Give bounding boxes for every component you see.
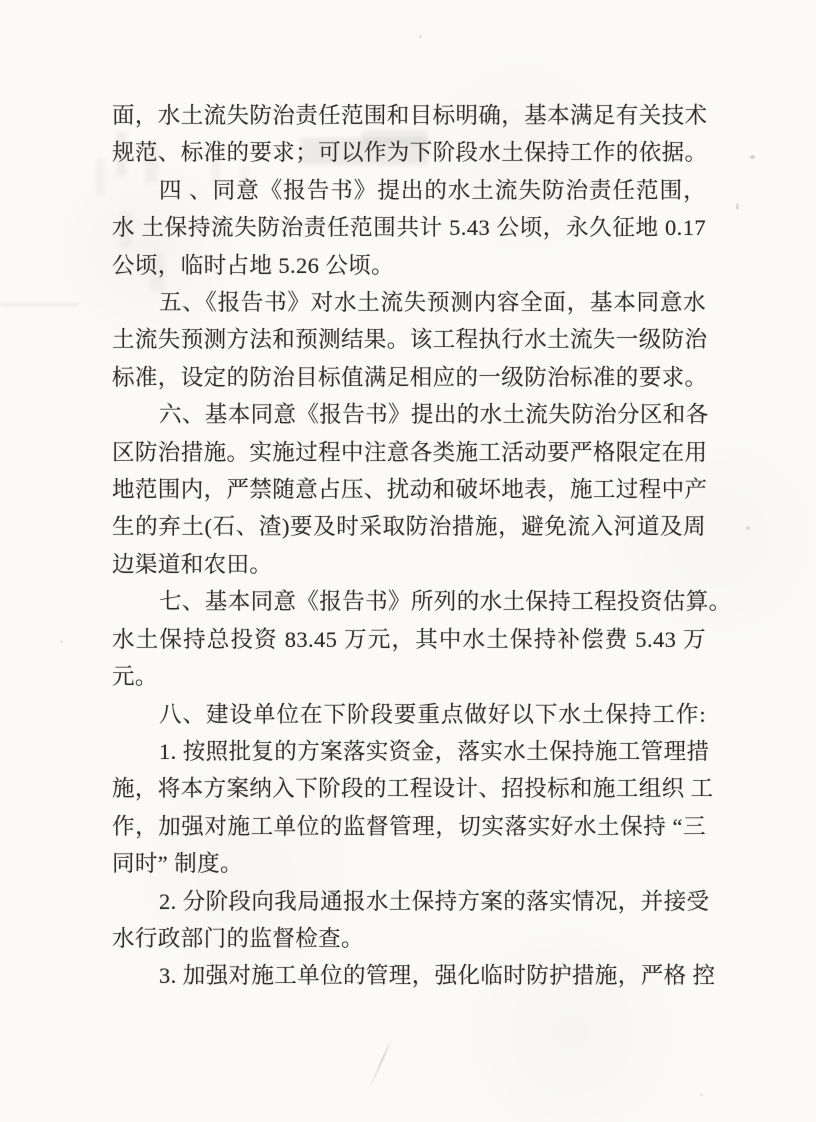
text-line: 边渠道和农田。 — [112, 546, 706, 583]
text-line: 元。 — [112, 658, 706, 695]
scan-streak — [0, 303, 78, 306]
text-line: 区防治措施。实施过程中注意各类施工活动要严格限定在用 — [112, 434, 706, 471]
text-line: 水土保持总投资 83.45 万元，其中水土保持补偿费 5.43 万 — [112, 621, 706, 658]
text-line: 四 、同意《报告书》提出的水土流失防治责任范围， — [112, 172, 706, 209]
text-line: 同时” 制度。 — [112, 845, 706, 882]
text-line: 八、建设单位在下阶段要重点做好以下水土保持工作: — [112, 696, 706, 733]
text-line: 作，加强对施工单位的监督管理，切实落实好水土保持 “三 — [112, 808, 706, 845]
scan-speck — [700, 1093, 703, 1096]
text-line: 地范围内，严禁随意占压、扰动和破坏地表，施工过程中产 — [112, 471, 706, 508]
text-line: 七、基本同意《报告书》所列的水土保持工程投资估算。 — [112, 583, 706, 620]
scan-speck — [419, 35, 422, 38]
text-line: 2. 分阶段向我局通报水土保持方案的落实情况，并接受 — [112, 883, 706, 920]
scan-speck — [736, 203, 739, 210]
text-line: 施，将本方案纳入下阶段的工程设计、招投标和施工组织 工 — [112, 770, 706, 807]
text-line: 六、基本同意《报告书》提出的水土流失防治分区和各 — [112, 396, 706, 433]
scan-speck — [60, 640, 63, 643]
text-line: 标准，设定的防治目标值满足相应的一级防治标准的要求。 — [112, 359, 706, 396]
bleed-through-mark — [96, 158, 105, 196]
text-line: 公顷，临时占地 5.26 公顷。 — [112, 247, 706, 284]
text-line: 3. 加强对施工单位的管理，强化临时防护措施，严格 控 — [112, 957, 706, 994]
text-line: 五、《报告书》对水土流失预测内容全面，基本同意水 — [112, 284, 706, 321]
scanned-document-page: 面，水土流失防治责任范围和目标明确，基本满足有关技术 规范、标准的要求；可以作为… — [0, 0, 816, 1122]
text-line: 规范、标准的要求；可以作为下阶段水土保持工作的依据。 — [112, 134, 706, 171]
document-body: 面，水土流失防治责任范围和目标明确，基本满足有关技术 规范、标准的要求；可以作为… — [112, 97, 706, 995]
text-line: 水行政部门的监督检查。 — [112, 920, 706, 957]
scan-speck — [746, 526, 750, 530]
text-line: 土流失预测方法和预测结果。该工程执行水土流失一级防治 — [112, 321, 706, 358]
crease-line — [367, 1038, 392, 1092]
text-line: 水 土保持流失防治责任范围共计 5.43 公顷，永久征地 0.17 — [112, 209, 706, 246]
text-line: 生的弃土(石、渣)要及时采取防治措施，避免流入河道及周 — [112, 508, 706, 545]
text-line: 面，水土流失防治责任范围和目标明确，基本满足有关技术 — [112, 97, 706, 134]
scan-speck — [750, 155, 755, 159]
text-line: 1. 按照批复的方案落实资金，落实水土保持施工管理措 — [112, 733, 706, 770]
